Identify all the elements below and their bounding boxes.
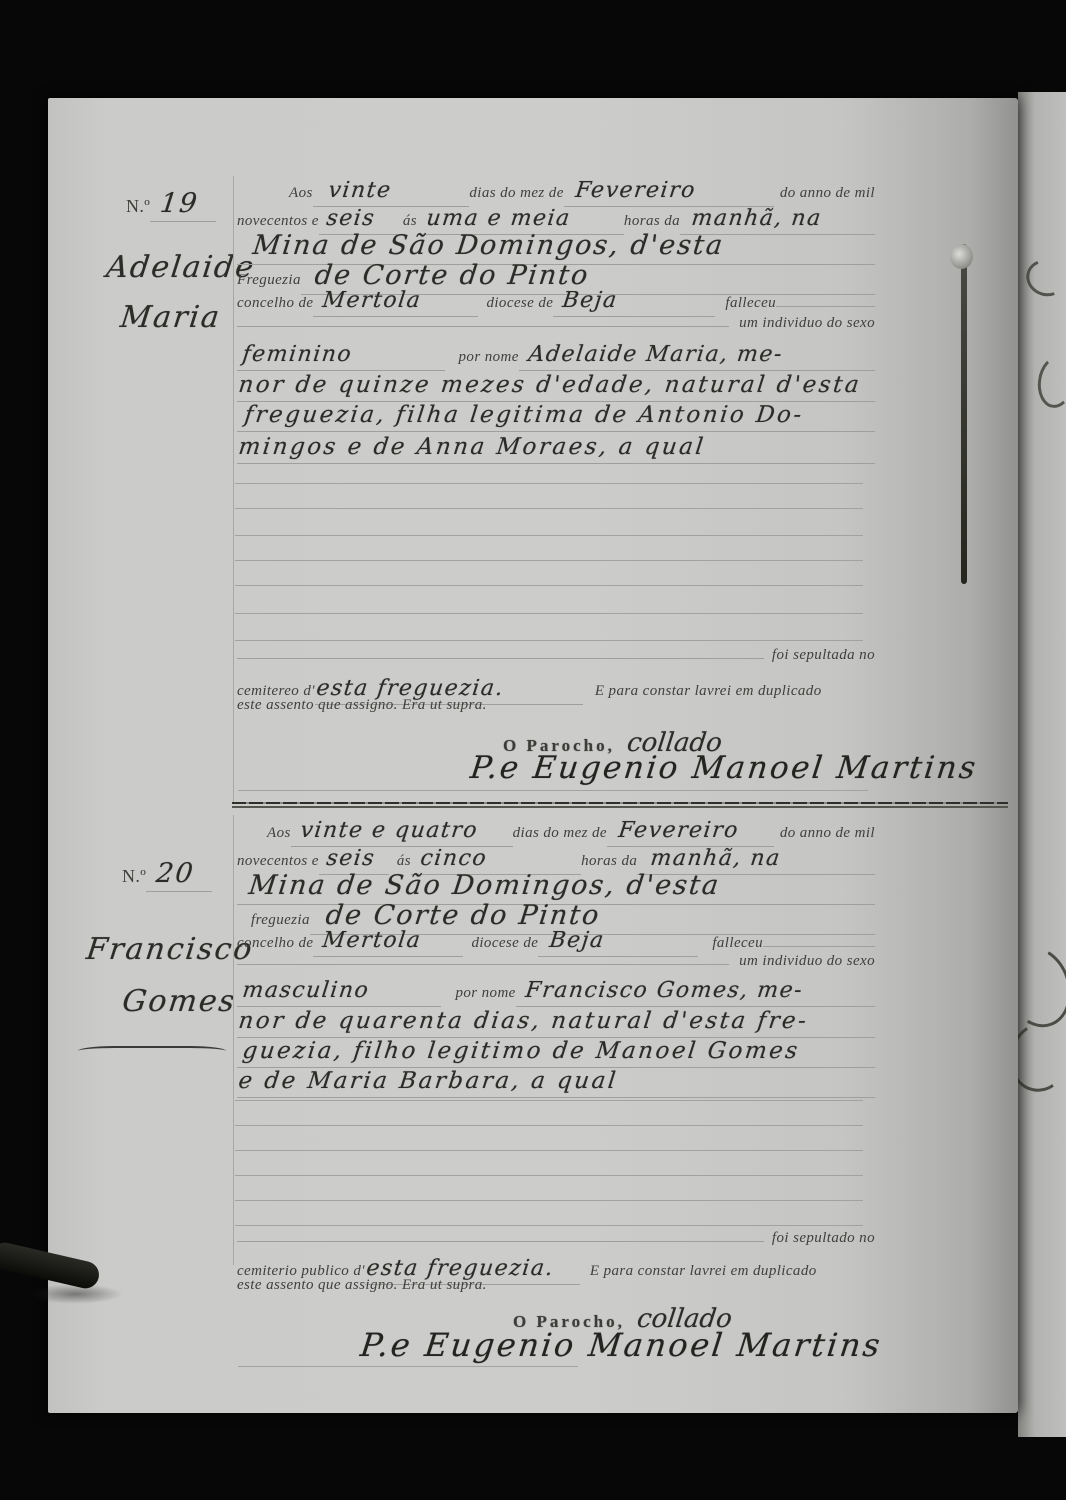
field-month: Fevereiro (564, 178, 774, 207)
signature-text: P.e Eugenio Manoel Martins (358, 1326, 884, 1367)
field-month: Fevereiro (607, 818, 774, 847)
printed-label: concelho de (237, 296, 313, 314)
field-blank (763, 943, 875, 947)
printed-label: um individuo do sexo (739, 316, 875, 334)
printed-label: dias do mez de (469, 186, 563, 204)
margin-name-line2: Gomes (120, 984, 238, 1022)
form-line-county: concelho de Mertola diocese de Beja fall… (237, 288, 875, 317)
handwritten-body-line: e de Maria Barbara, a qual (237, 1068, 875, 1098)
blank-rule (235, 1225, 863, 1226)
handwritten-body-line: guezia, filho legitimo de Manoel Gomes (237, 1038, 875, 1068)
priest-signature: P.e Eugenio Manoel Martins (468, 750, 975, 789)
blank-rule (235, 1200, 863, 1201)
register-photo: N.º 19 Adelaide Maria Aos vinte dias do … (0, 0, 1066, 1500)
entry-19-margin-name: Maria (118, 300, 218, 338)
field-blank (237, 655, 764, 659)
field-body: mingos e de Anna Moraes, a qual (237, 434, 875, 464)
blank-rule (235, 585, 863, 586)
blank-rule (235, 1100, 863, 1101)
binding-thread-knot (950, 244, 973, 269)
number-label: N.º (122, 867, 146, 888)
blank-rule (235, 560, 863, 561)
printed-label: foi sepultada no (772, 648, 875, 666)
field-blank (237, 961, 729, 965)
signature-rule (238, 1366, 578, 1367)
margin-name-line1: Adelaide (104, 250, 257, 288)
field-diocese: Beja (538, 928, 698, 957)
margin-divider-rule (233, 176, 234, 804)
handwritten-body-line: mingos e de Anna Moraes, a qual (237, 434, 875, 464)
printed-label: do anno de mil (780, 826, 875, 844)
field-sex: masculino (237, 978, 441, 1007)
entry-19-number: N.º 19 (126, 188, 217, 222)
binding-cord-shadow (28, 1284, 123, 1304)
blank-rule (235, 640, 863, 641)
field-county: Mertola (313, 928, 463, 957)
form-line-date: Aos vinte dias do mez de Fevereiro do an… (237, 178, 875, 207)
blank-rule (235, 1150, 863, 1151)
margin-flourish (78, 1046, 226, 1056)
signature-text: P.e Eugenio Manoel Martins (468, 750, 980, 789)
printed-label: um individuo do sexo (739, 954, 875, 972)
form-line-name: feminino por nome Adelaide Maria, me- (237, 342, 875, 371)
blank-rule (235, 508, 863, 509)
form-line-date: Aos vinte e quatro dias do mez de Fevere… (237, 818, 875, 847)
margin-name-line2: Maria (118, 300, 223, 338)
printed-label: falleceu (725, 296, 776, 314)
entry-20-margin-name: Francisco (84, 932, 251, 970)
field-blank (237, 1238, 764, 1242)
printed-label: falleceu (712, 936, 763, 954)
blank-rule (235, 1125, 863, 1126)
field-body: nor de quinze mezes d'edade, natural d'e… (237, 372, 875, 402)
printed-label: por nome (455, 986, 515, 1004)
register-page: N.º 19 Adelaide Maria Aos vinte dias do … (48, 98, 1018, 1413)
form-line-assento: este assento que assigno. Era ut supra. (237, 1278, 875, 1296)
form-line-sex-intro: um individuo do sexo (237, 316, 875, 334)
field-diocese: Beja (553, 288, 715, 317)
field-name: Adelaide Maria, me- (519, 342, 875, 371)
printed-label: do anno de mil (780, 186, 875, 204)
printed-label: concelho de (237, 936, 313, 954)
field-day: vinte e quatro (291, 818, 513, 847)
handwritten-body-line: freguezia, filha legitima de Antonio Do- (237, 402, 875, 432)
field-county: Mertola (313, 288, 478, 317)
form-line-buried: foi sepultada no (237, 648, 875, 666)
field-blank (776, 303, 875, 307)
printed-label: este assento que assigno. Era ut supra. (237, 1278, 487, 1296)
printed-label: foi sepultado no (772, 1231, 875, 1249)
blank-rule (235, 613, 863, 614)
printed-label: por nome (459, 350, 519, 368)
field-body: guezia, filho legitimo de Manoel Gomes (237, 1038, 875, 1068)
field-name: Francisco Gomes, me- (516, 978, 875, 1007)
form-line-sex-intro: um individuo do sexo (237, 954, 875, 972)
form-line-buried: foi sepultado no (237, 1231, 875, 1249)
entry-20-margin-name: Gomes (120, 984, 234, 1022)
printed-label: diocese de (486, 296, 553, 314)
field-body: freguezia, filha legitima de Antonio Do- (237, 402, 875, 432)
printed-label: Aos (289, 186, 313, 204)
number-value: 19 (150, 188, 221, 222)
field-body: e de Maria Barbara, a qual (237, 1068, 875, 1098)
printed-label: este assento que assigno. Era ut supra. (237, 698, 487, 716)
priest-signature: P.e Eugenio Manoel Martins (358, 1326, 879, 1367)
printed-label: Aos (267, 826, 291, 844)
field-body: nor de quarenta dias, natural d'esta fre… (237, 1008, 875, 1038)
binding-thread (961, 244, 967, 584)
handwritten-body-line: nor de quarenta dias, natural d'esta fre… (237, 1008, 875, 1038)
margin-name-line1: Francisco (84, 932, 256, 970)
number-label: N.º (126, 197, 150, 218)
field-sex: feminino (237, 342, 445, 371)
printed-label: diocese de (471, 936, 538, 954)
blank-rule (235, 483, 863, 484)
handwritten-body-line: nor de quinze mezes d'edade, natural d'e… (237, 372, 875, 402)
number-value: 20 (146, 858, 217, 892)
signature-rule (238, 790, 868, 791)
blank-rule (235, 535, 863, 536)
field-day: vinte (313, 178, 470, 207)
field-blank (237, 323, 729, 327)
form-line-assento: este assento que assigno. Era ut supra. (237, 698, 875, 716)
blank-rule (235, 1175, 863, 1176)
printed-label: dias do mez de (513, 826, 607, 844)
form-line-name: masculino por nome Francisco Gomes, me- (237, 978, 875, 1007)
margin-divider-rule (233, 815, 234, 1265)
entry-19-margin-name: Adelaide (104, 250, 253, 288)
entry-separator (232, 802, 1008, 804)
entry-20-number: N.º 20 (122, 858, 213, 892)
